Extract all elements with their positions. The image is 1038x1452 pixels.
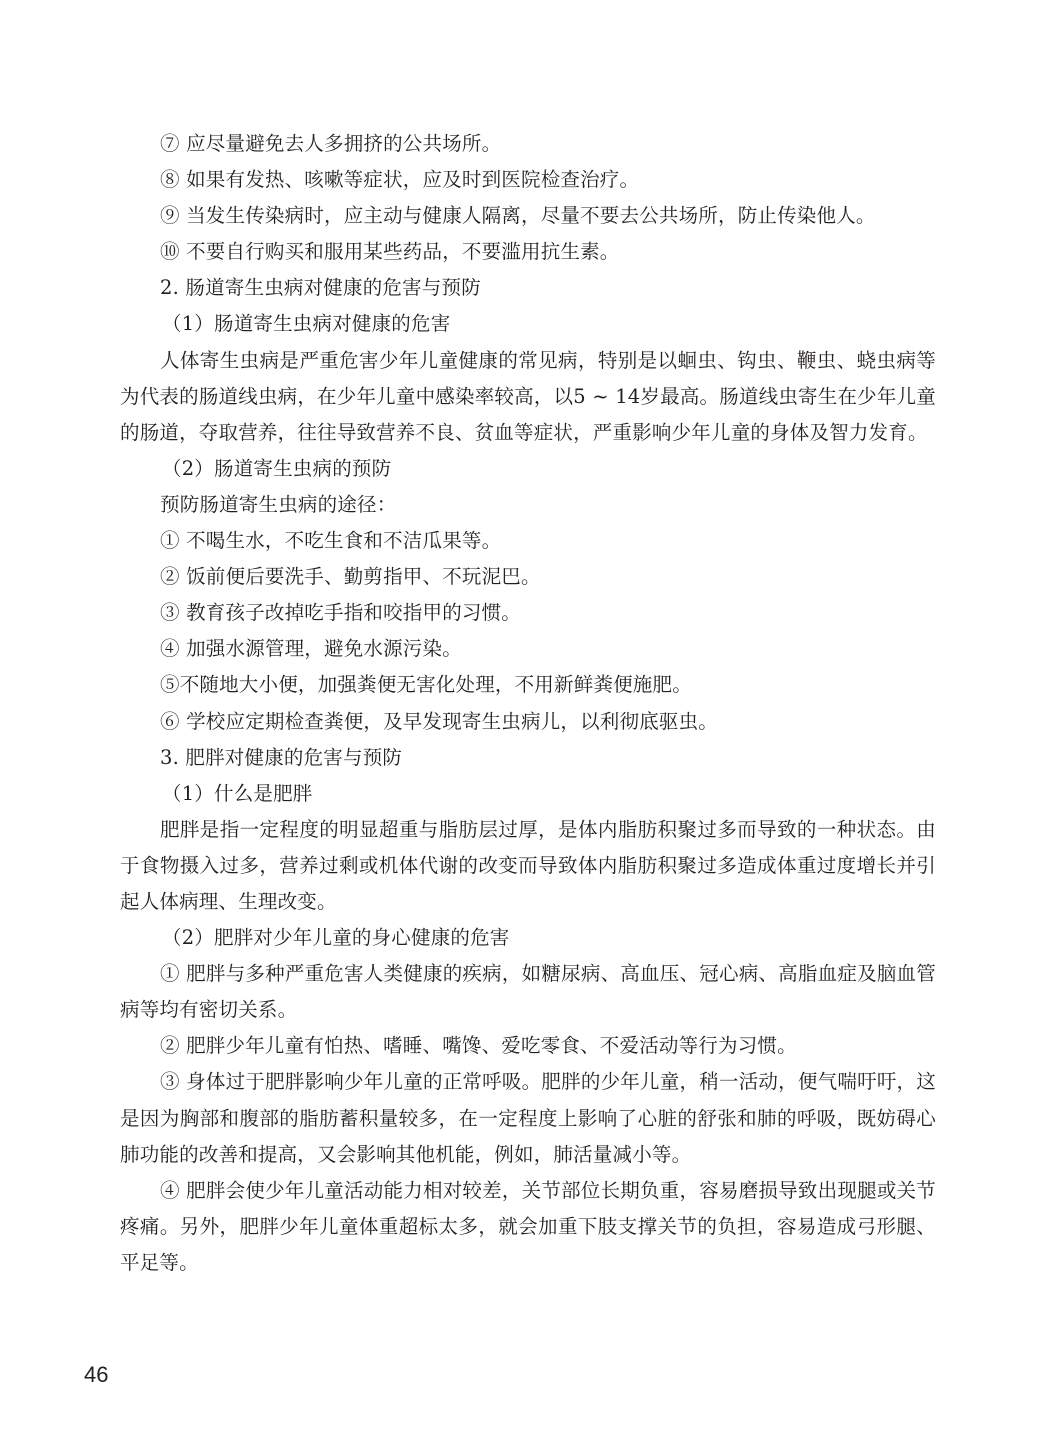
subheading-3-1: （1）什么是肥胖 (120, 776, 936, 812)
subheading-2-2: （2）肠道寄生虫病的预防 (120, 451, 936, 487)
obesity-harm-2: ② 肥胖少年儿童有怕热、嗜睡、嘴馋、爱吃零食、不爱活动等行为习惯。 (120, 1028, 936, 1064)
prevention-item-6: ⑥ 学校应定期检查粪便，及早发现寄生虫病儿，以利彻底驱虫。 (120, 704, 936, 740)
list-item-9: ⑨ 当发生传染病时，应主动与健康人隔离，尽量不要去公共场所，防止传染他人。 (120, 198, 936, 234)
page-body: ⑦ 应尽量避免去人多拥挤的公共场所。 ⑧ 如果有发热、咳嗽等症状，应及时到医院检… (120, 126, 936, 1281)
prevention-intro: 预防肠道寄生虫病的途径： (120, 487, 936, 523)
list-item-7: ⑦ 应尽量避免去人多拥挤的公共场所。 (120, 126, 936, 162)
subheading-3-2: （2）肥胖对少年儿童的身心健康的危害 (120, 920, 936, 956)
prevention-item-5: ⑤不随地大小便，加强粪便无害化处理，不用新鲜粪便施肥。 (120, 667, 936, 703)
paragraph-obesity-definition: 肥胖是指一定程度的明显超重与脂肪层过厚，是体内脂肪积聚过多而导致的一种状态。由于… (120, 812, 936, 920)
section-heading-2: 2. 肠道寄生虫病对健康的危害与预防 (120, 270, 936, 306)
prevention-item-1: ① 不喝生水，不吃生食和不洁瓜果等。 (120, 523, 936, 559)
prevention-item-3: ③ 教育孩子改掉吃手指和咬指甲的习惯。 (120, 595, 936, 631)
prevention-item-4: ④ 加强水源管理，避免水源污染。 (120, 631, 936, 667)
prevention-item-2: ② 饭前便后要洗手、勤剪指甲、不玩泥巴。 (120, 559, 936, 595)
list-item-10: ⑩ 不要自行购买和服用某些药品，不要滥用抗生素。 (120, 234, 936, 270)
list-item-8: ⑧ 如果有发热、咳嗽等症状，应及时到医院检查治疗。 (120, 162, 936, 198)
obesity-harm-4: ④ 肥胖会使少年儿童活动能力相对较差，关节部位长期负重，容易磨损导致出现腿或关节… (120, 1173, 936, 1281)
obesity-harm-3: ③ 身体过于肥胖影响少年儿童的正常呼吸。肥胖的少年儿童，稍一活动，便气喘吁吁，这… (120, 1064, 936, 1172)
subheading-2-1: （1）肠道寄生虫病对健康的危害 (120, 306, 936, 342)
page-number: 46 (84, 1362, 108, 1388)
section-heading-3: 3. 肥胖对健康的危害与预防 (120, 740, 936, 776)
obesity-harm-1: ① 肥胖与多种严重危害人类健康的疾病，如糖尿病、高血压、冠心病、高脂血症及脑血管… (120, 956, 936, 1028)
paragraph-parasite-harm: 人体寄生虫病是严重危害少年儿童健康的常见病，特别是以蛔虫、钩虫、鞭虫、蛲虫病等为… (120, 343, 936, 451)
